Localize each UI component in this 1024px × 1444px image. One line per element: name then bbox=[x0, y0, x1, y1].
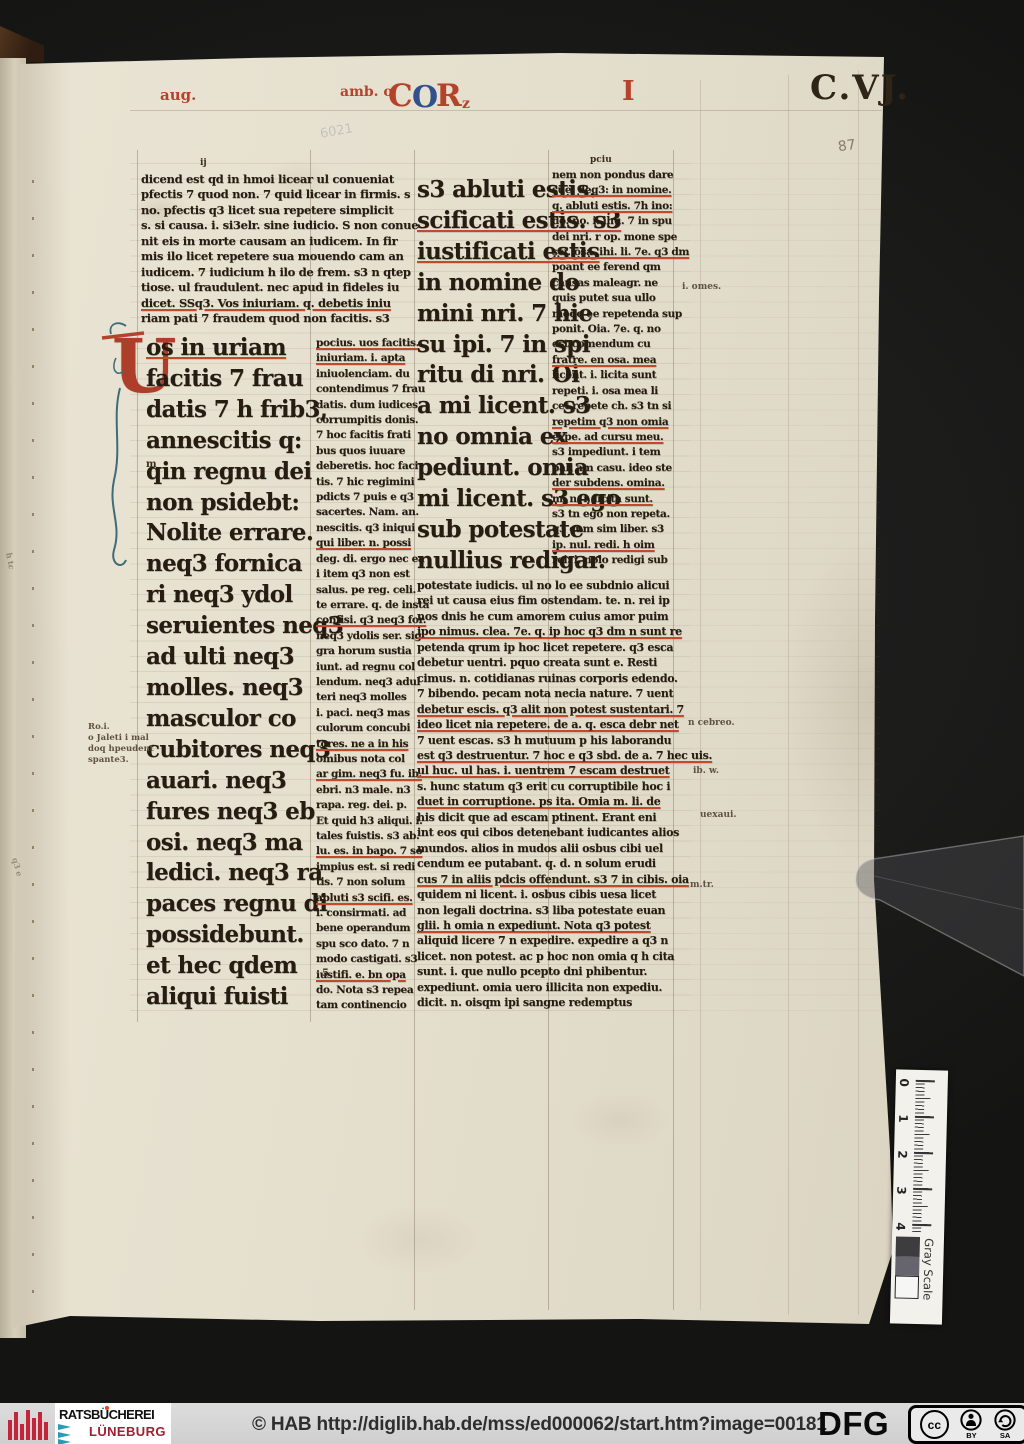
text-line: aliqui fuisti bbox=[146, 982, 326, 1013]
text-line: ebri. n3 male. n3 bbox=[316, 783, 416, 798]
folio-number: C.VJ. bbox=[810, 68, 910, 108]
text-line: ri neq3 ydol bbox=[146, 580, 326, 611]
text-line: iniuolenciam. du bbox=[316, 367, 416, 382]
text-line: sacertes. Nam. an. bbox=[316, 505, 416, 520]
text-line: annescitis q: bbox=[146, 426, 326, 457]
text-line: ritu di nri. Oi bbox=[417, 360, 551, 391]
interlinear-mark: ij bbox=[200, 158, 207, 168]
text-line: expe. ad cursu meu. bbox=[552, 430, 674, 445]
margin-note-right: m.tr. bbox=[690, 880, 714, 890]
text-line: 7 bibendo. pecam nota necia nature. 7 ue… bbox=[417, 686, 679, 701]
ruler-major-tick bbox=[916, 1080, 935, 1082]
text-line: sue. deq3: in nomine. bbox=[552, 183, 674, 198]
text-line: q. abluti estis. 7h ino: bbox=[552, 199, 674, 214]
text-line: mundos. alios in mudos alii osbus cibi u… bbox=[417, 841, 679, 856]
text-line: iudicem. 7 iudicium h ilo de frem. s3 n … bbox=[141, 265, 403, 280]
text-line: nit eis in morte causam an iudicem. In f… bbox=[141, 234, 403, 249]
text-line: iustifi. e. bn opa bbox=[316, 968, 416, 983]
person-icon bbox=[960, 1409, 982, 1431]
text-line: tam continencio bbox=[316, 998, 416, 1013]
text-line: Nolite errare. bbox=[146, 518, 326, 549]
grayscale-ruler: 01234 Gray Scale bbox=[890, 1069, 948, 1324]
text-line: no omnia ex bbox=[417, 422, 551, 453]
text-line: mi licent. s3 ego bbox=[417, 484, 551, 515]
text-line: facitis 7 frau bbox=[146, 364, 326, 395]
share-alike-icon bbox=[994, 1409, 1016, 1431]
text-line: o Jaleti i mal bbox=[88, 733, 154, 744]
text-line: debetur uentri. pquo creata sunt e. Rest… bbox=[417, 655, 679, 670]
text-line: s3 abluti estis. bbox=[417, 175, 551, 206]
text-line: non psidebt: bbox=[146, 488, 326, 519]
pencil-foliation: 87 bbox=[837, 137, 857, 155]
text-line: contendimus 7 frau bbox=[316, 382, 416, 397]
text-line: non legali doctrina. s3 liba potestate e… bbox=[417, 903, 679, 918]
credit-url: © HAB http://diglib.hab.de/mss/ed000062/… bbox=[252, 1414, 827, 1436]
text-line: neq3 fornica bbox=[146, 549, 326, 580]
text-line: spante3. bbox=[88, 755, 154, 766]
interlinear-mark: m bbox=[146, 459, 157, 470]
text-line: aliquid licere 7 n expedire. expedire a … bbox=[417, 933, 679, 948]
text-line: 1 bbox=[896, 1114, 910, 1123]
text-line: datis 7 h frib3, bbox=[146, 395, 326, 426]
gloss-column-right: nem non pondus daresue. deq3: in nomine.… bbox=[552, 168, 674, 569]
text-line: licet. non potest. ac p hoc non omia q h… bbox=[417, 949, 679, 964]
text-line: neq3 ydolis ser. sig bbox=[316, 629, 416, 644]
cc-by: BY bbox=[960, 1409, 982, 1440]
text-line: rei ut causa eius fim ostendam. te. n. r… bbox=[417, 593, 679, 608]
text-line: int eos qui cibos detenebant iudicantes … bbox=[417, 825, 679, 840]
text-line: dei nri. r op. mone spe bbox=[552, 230, 674, 245]
text-line: iustificati estis bbox=[417, 237, 551, 268]
text-line: bus quos iuuare bbox=[316, 444, 416, 459]
text-line: causas maleagr. ne bbox=[552, 276, 674, 291]
text-line: 2 bbox=[895, 1150, 909, 1159]
text-line: Ro.i. bbox=[88, 722, 154, 733]
text-line: qin regnu dei bbox=[146, 457, 326, 488]
text-line: s3 impediunt. i tem bbox=[552, 445, 674, 460]
text-line: deg. di. ergo nec ea bbox=[316, 552, 416, 567]
text-line: ipo nimus. clea. 7e. q. ip hoc q3 dm n s… bbox=[417, 624, 679, 639]
text-line: Et quid h3 aliqui. i. bbox=[316, 814, 416, 829]
margin-note-right: i. omes. bbox=[682, 282, 721, 292]
text-line: rei. i. nolo redigi sub bbox=[552, 553, 674, 568]
text-line: a mi licent. s3 bbox=[417, 391, 551, 422]
title-flourish: z bbox=[462, 96, 470, 112]
text-line: cubitores neq3 bbox=[146, 735, 326, 766]
text-line: datis. dum iudices bbox=[316, 398, 416, 413]
text-line: sunt. i. que nullo pcepto dni phibentur. bbox=[417, 964, 679, 979]
text-line: lendum. neq3 adul bbox=[316, 675, 416, 690]
text-line: scificati estis. s3 bbox=[417, 206, 551, 237]
text-line: salus. pe reg. celi. bbox=[316, 583, 416, 598]
title-letter-r: R bbox=[436, 78, 462, 114]
text-line: tores. ne a in his bbox=[316, 737, 416, 752]
text-line: omibus nota col bbox=[316, 752, 416, 767]
page-holder-strip bbox=[840, 818, 1024, 988]
title-letter-c: C bbox=[388, 78, 413, 114]
text-line: in nomine do bbox=[417, 268, 551, 299]
text-line: ideo licet nia repetere. de a. q. esca d… bbox=[417, 717, 679, 732]
header-rule bbox=[130, 110, 882, 111]
text-line: riam pati 7 fraudem quod non facitis. s3 bbox=[141, 311, 403, 326]
text-line: est comendum cu bbox=[552, 337, 674, 352]
text-line: poant ee ferend qm bbox=[552, 260, 674, 275]
text-column-left: os in uriamfacitis 7 fraudatis 7 h frib3… bbox=[146, 333, 326, 1013]
cc-icon: cc bbox=[920, 1410, 949, 1439]
gloss-top-block: dicend est qd in hmoi licear ul conuenia… bbox=[141, 172, 403, 327]
text-line: do. Nota s3 repea bbox=[316, 983, 416, 998]
text-line: modo castigati. s3 bbox=[316, 952, 416, 967]
text-line: abluti s3 scifi. es. bbox=[316, 891, 416, 906]
text-line: dicit. n. oisqm ipi sangne redemptus bbox=[417, 995, 679, 1010]
umlaut-dot bbox=[105, 1406, 109, 1410]
text-line: ponit. Oia. 7e. q. no bbox=[552, 322, 674, 337]
text-line: 7 uent escas. s3 h mutuum p his laborand… bbox=[417, 733, 679, 748]
text-column-right: s3 abluti estis.scificati estis. s3iusti… bbox=[417, 175, 551, 577]
text-line: ar gim. neq3 fu. ib. bbox=[316, 767, 416, 782]
gray-patch-mid bbox=[895, 1256, 919, 1276]
text-line: s. si causa. i. si3elr. sine iudicio. S … bbox=[141, 218, 403, 233]
gray-patch-dark bbox=[896, 1236, 920, 1257]
text-line: cus 7 in aliis pdcis offendunt. s3 7 in … bbox=[417, 872, 679, 887]
interlinear-mark: 5 bbox=[322, 968, 329, 979]
text-line: deberetis. hoc faci bbox=[316, 459, 416, 474]
text-line: 4 bbox=[893, 1222, 907, 1231]
text-line: pocius. uos facitis. bbox=[316, 336, 416, 351]
text-line: q3 cum sim liber. s3 bbox=[552, 522, 674, 537]
text-line: cimus. n. cotidianas ruinas corporis ede… bbox=[417, 671, 679, 686]
text-line: dicend est qd in hmoi licear ul conuenia… bbox=[141, 172, 403, 187]
margin-note-right: n cebreo. bbox=[688, 718, 735, 728]
text-line: tis. 7 non solum bbox=[316, 875, 416, 890]
text-line: spu sco dato. 7 n bbox=[316, 937, 416, 952]
text-line: no. pfectis q3 licet sua repetere simpli… bbox=[141, 203, 403, 218]
text-line: teri neq3 molles bbox=[316, 690, 416, 705]
grayscale-label: Gray Scale bbox=[920, 1238, 936, 1300]
text-line: nescitis. q3 iniqui bbox=[316, 521, 416, 536]
text-line: seruientes neq3 bbox=[146, 611, 326, 642]
text-line: duet in corruptione. ps ita. Omia m. li.… bbox=[417, 794, 679, 809]
text-line: sci. osa. ihi. li. 7e. q3 dm bbox=[552, 245, 674, 260]
ratsbuecherei-bars-icon bbox=[8, 1408, 48, 1440]
waves-icon bbox=[58, 1424, 71, 1444]
text-line: tales fuistis. s3 ab. bbox=[316, 829, 416, 844]
text-line: mini nri. 7 hie bbox=[417, 299, 551, 330]
text-line: bene operandum bbox=[316, 921, 416, 936]
digitized-manuscript-photo: aug. amb. o C O R z I C.VJ. 87 6021 U di… bbox=[0, 0, 1024, 1444]
text-line: qui liber. n. possi bbox=[316, 536, 416, 551]
interlinear-mark: pciu bbox=[590, 155, 612, 165]
cc-sa: SA bbox=[994, 1409, 1016, 1440]
text-line: cendum ee putabant. q. d. n solum erudi bbox=[417, 856, 679, 871]
text-line: tis. 7 hic regimini bbox=[316, 475, 416, 490]
gray-patch-white bbox=[895, 1275, 920, 1299]
text-line: i item q3 non est bbox=[316, 567, 416, 582]
text-line: rapa. reg. dei. p. bbox=[316, 798, 416, 813]
dfg-logo: DFG bbox=[818, 1405, 889, 1443]
text-line: 7 hoc facitis frati bbox=[316, 428, 416, 443]
margin-note-right: ib. w. bbox=[693, 766, 719, 776]
text-line: su ipi. 7 in spi bbox=[417, 330, 551, 361]
text-line: paces regnu di bbox=[146, 889, 326, 920]
text-line: s. hunc statum q3 erit cu corruptibile h… bbox=[417, 779, 679, 794]
text-line: ul huc. ul has. i. uentrem 7 escam destr… bbox=[417, 763, 679, 778]
margin-rule bbox=[700, 80, 701, 1310]
text-line: i. consirmati. ad bbox=[316, 906, 416, 921]
text-line: lu. es. in bapo. 7 so bbox=[316, 844, 416, 859]
text-line: pediunt. omia bbox=[417, 453, 551, 484]
text-line: ad ulti neq3 bbox=[146, 642, 326, 673]
text-line: repeti. i. osa mea li bbox=[552, 384, 674, 399]
text-line: fures neq3 eb bbox=[146, 797, 326, 828]
ruler-major-tick bbox=[914, 1152, 933, 1154]
text-line: iunt. ad regnu col bbox=[316, 660, 416, 675]
text-line: s3 tn ego non repeta. bbox=[552, 507, 674, 522]
text-line: masculor co bbox=[146, 704, 326, 735]
text-line: expediunt. omia uero illicita non expedi… bbox=[417, 980, 679, 995]
text-line: pfectis 7 quod non. 7 quid licear in fir… bbox=[141, 187, 403, 202]
text-line: culorum concubi bbox=[316, 721, 416, 736]
text-line: mis ilo licet repetere sua mouendo cam a… bbox=[141, 249, 403, 264]
margin-note-right: uexaui. bbox=[700, 810, 737, 820]
text-line: 0 bbox=[897, 1078, 911, 1087]
credit-bar: RATSBÜCHEREI LÜNEBURG © HAB http://digli… bbox=[0, 1403, 1024, 1444]
text-line: der subdens. omina. bbox=[552, 476, 674, 491]
text-line: doq hpeudent bbox=[88, 744, 154, 755]
text-line: 3 bbox=[894, 1186, 908, 1195]
ratsbuecherei-logo: RATSBÜCHEREI LÜNEBURG bbox=[55, 1403, 171, 1444]
text-line: sub potestate bbox=[417, 515, 551, 546]
text-line: auari. neq3 bbox=[146, 766, 326, 797]
text-line: nos dnis he cum amorem cuius amor puim bbox=[417, 609, 679, 624]
text-line: molles. neq3 bbox=[146, 673, 326, 704]
cc-license-badge: cc BY SA bbox=[908, 1405, 1024, 1444]
text-line: os in uriam bbox=[146, 333, 326, 364]
text-line: ledici. neq3 ra bbox=[146, 858, 326, 889]
gloss-wide-block: potestate iudicis. ul no lo ee subdnio a… bbox=[417, 578, 679, 1011]
text-line: modo ee repetenda sup bbox=[552, 307, 674, 322]
text-line: confisi. q3 neq3 for. bbox=[316, 613, 416, 628]
text-line: te errare. q. de insta bbox=[316, 598, 416, 613]
running-title-mid: amb. o bbox=[340, 84, 393, 100]
text-line: est q3 destruentur. 7 hoc e q3 sbd. de a… bbox=[417, 748, 679, 763]
text-line: licent. i. licita sunt bbox=[552, 368, 674, 383]
text-line: fratre. en osa. mea bbox=[552, 353, 674, 368]
margin-rule bbox=[858, 70, 859, 1315]
title-letter-o: O bbox=[412, 80, 438, 115]
text-line: his dicit que ad escam ptinent. Erant en… bbox=[417, 810, 679, 825]
text-line: petenda qrum ip hoc licet repetere. q3 e… bbox=[417, 640, 679, 655]
text-line: quis putet sua ullo bbox=[552, 291, 674, 306]
text-line: iniuriam. i. apta bbox=[316, 351, 416, 366]
text-line: corrumpitis donis. bbox=[316, 413, 416, 428]
book-numeral: I bbox=[622, 76, 635, 107]
ruler-major-tick bbox=[913, 1188, 932, 1190]
ruler-major-tick bbox=[915, 1116, 934, 1118]
text-line: potestate iudicis. ul no lo ee subdnio a… bbox=[417, 578, 679, 593]
text-line: pali am casu. ideo ste bbox=[552, 461, 674, 476]
text-line: dicet. SSq3. Vos iniuriam. q. debetis in… bbox=[141, 296, 403, 311]
text-line: tiose. ul fraudulent. nec apud in fidele… bbox=[141, 280, 403, 295]
text-line: pdicts 7 puis e q3 bbox=[316, 490, 416, 505]
text-line: m. n. i. licita sunt. bbox=[552, 492, 674, 507]
text-line: et hec qdem bbox=[146, 951, 326, 982]
gloss-column-middle: pocius. uos facitis.iniuriam. i. aptaini… bbox=[316, 336, 416, 1014]
ruler-ticks bbox=[912, 1080, 938, 1232]
text-line: i. paci. neq3 mas bbox=[316, 706, 416, 721]
running-title-left: aug. bbox=[160, 86, 196, 104]
library-city: LÜNEBURG bbox=[89, 1424, 166, 1439]
text-line: gra horum sustia bbox=[316, 644, 416, 659]
text-line: do. no. i. ihu. 7 in spu bbox=[552, 214, 674, 229]
text-line: possidebunt. bbox=[146, 920, 326, 951]
text-line: cet repete ch. s3 tn si bbox=[552, 399, 674, 414]
text-line: nullius redigar. bbox=[417, 546, 551, 577]
text-line: osi. neq3 ma bbox=[146, 828, 326, 859]
text-line: impius est. si redi bbox=[316, 860, 416, 875]
text-line: nem non pondus dare bbox=[552, 168, 674, 183]
text-line: glii. h omia n expediunt. Nota q3 potest bbox=[417, 918, 679, 933]
ruler-major-tick bbox=[912, 1224, 931, 1226]
text-line: debetur escis. q3 alit non potest susten… bbox=[417, 702, 679, 717]
margin-rule bbox=[788, 75, 789, 1315]
text-line: ip. nul. redi. h oim bbox=[552, 538, 674, 553]
text-line: quidem ni licent. i. osbus cibis uesa li… bbox=[417, 887, 679, 902]
prick-marks bbox=[32, 180, 34, 1300]
margin-note-left: Ro.i.o Jaleti i maldoq hpeudentspante3. bbox=[88, 722, 154, 766]
text-line: repetim q3 non omia bbox=[552, 415, 674, 430]
